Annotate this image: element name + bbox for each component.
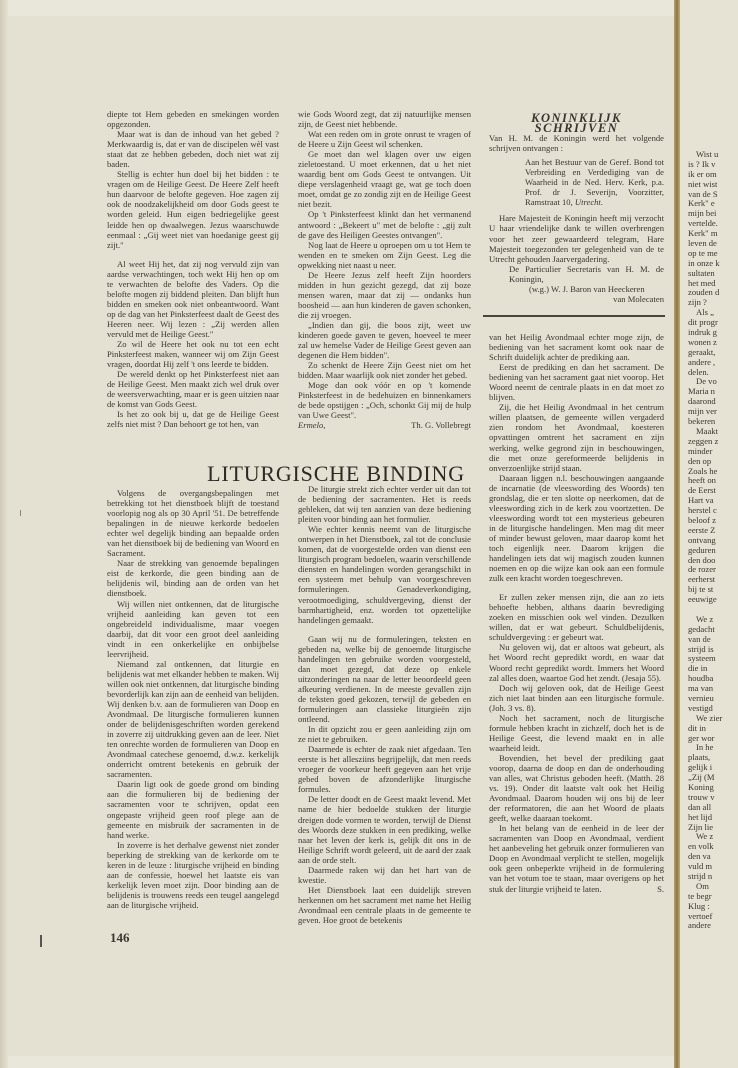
paragraph: Nu geloven wij, dat er altoos wat gebeur… — [489, 642, 664, 682]
royal-letter-address: Aan het Bestuur van de Geref. Bond tot V… — [525, 157, 664, 207]
paragraph: Doch wij geloven ook, dat de Heilige Gee… — [489, 683, 664, 713]
paragraph: Gaan wij nu de formuleringen, teksten en… — [298, 634, 471, 724]
paragraph: Nog laat de Heere u oproepen om u tot He… — [298, 240, 471, 270]
paragraph: Het Dienstboek laat een duidelijk streve… — [298, 885, 471, 925]
signoff-place: Ermelo, — [298, 420, 325, 430]
margin-mark — [40, 935, 42, 947]
paragraph: Is het zo ook bij u, dat ge de Heilige G… — [107, 409, 279, 429]
paragraph: Wij willen niet ontkennen, dat de liturg… — [107, 599, 279, 659]
paragraph: In zoverre is het derhalve gewenst niet … — [107, 840, 279, 910]
paragraph: Moge dan ook vóór en op 't komende Pinks… — [298, 380, 471, 420]
next-page-line: eeuwige — [688, 595, 722, 605]
royal-letter-heading: KONINKLIJK SCHRIJVEN — [489, 113, 664, 133]
paragraph: Wie echter kennis neemt van de liturgisc… — [298, 524, 471, 624]
paragraph: Zo schenkt de Heere Zijn Geest niet om h… — [298, 360, 471, 380]
paragraph: Daarmede raken wij dan het hart van de k… — [298, 865, 471, 885]
paragraph: Wat een reden om in grote onrust te vrag… — [298, 129, 471, 149]
column-2-bottom: De liturgie strekt zich echter verder ui… — [298, 484, 471, 925]
page-left-edge — [0, 0, 8, 1068]
paragraph: Naar de strekking van genoemde bepalinge… — [107, 558, 279, 598]
paragraph: Volgens de overgangsbepalingen met betre… — [107, 488, 279, 558]
column-1-bottom: Volgens de overgangsbepalingen met betre… — [107, 488, 279, 910]
royal-letter-intro: Van H. M. de Koningin werd het volgende … — [489, 133, 664, 153]
paragraph: In het belang van de eenheid in de leer … — [489, 823, 664, 893]
paragraph: Daarmede is echter de zaak niet afgedaan… — [298, 744, 471, 794]
paragraph: De liturgie strekt zich echter verder ui… — [298, 484, 471, 524]
column-2-top: wie Gods Woord zegt, dat zij natuurlijke… — [298, 109, 471, 431]
royal-letter: KONINKLIJK SCHRIJVEN Van H. M. de Koning… — [489, 113, 664, 304]
paragraph: Zo wil de Heere het ook nu tot een echt … — [107, 339, 279, 369]
column-3-body: van het Heilig Avondmaal echter moge zij… — [489, 332, 664, 894]
next-page-text: Wist uis ? Ik vik er omniet wistvan de S… — [688, 150, 722, 931]
paragraph: van het Heilig Avondmaal echter moge zij… — [489, 332, 664, 362]
paragraph: De letter doodt en de Geest maakt levend… — [298, 794, 471, 864]
address-city: Utrecht. — [575, 197, 603, 207]
paragraph: Niemand zal ontkennen, dat liturgie en b… — [107, 659, 279, 780]
royal-letter-sign-name-2: van Molecaten — [489, 294, 664, 304]
paragraph: Bovendien, het bevel der prediking gaat … — [489, 753, 664, 823]
section-divider — [483, 315, 665, 317]
paragraph: wie Gods Woord zegt, dat zij natuurlijke… — [298, 109, 471, 129]
paragraph: In dit opzicht zou er geen aanleiding zi… — [298, 724, 471, 744]
paragraph: Daaraan liggen n.l. beschouwingen aangaa… — [489, 473, 664, 584]
paragraph: Stellig is echter hun doel bij het bidde… — [107, 169, 279, 249]
next-page: Wist uis ? Ik vik er omniet wistvan de S… — [680, 0, 738, 1068]
column-1-top: diepte tot Hem gebeden en smekingen word… — [107, 109, 279, 429]
paragraph: Daarin ligt ook de goede grond om bindin… — [107, 779, 279, 839]
paragraph: Er zullen zeker mensen zijn, die aan zo … — [489, 592, 664, 642]
paragraph: diepte tot Hem gebeden en smekingen word… — [107, 109, 279, 129]
paragraph: Ge moet dan wel klagen over uw eigen zie… — [298, 149, 471, 209]
paragraph: Noch het sacrament, noch de liturgische … — [489, 713, 664, 753]
paragraph: Al weet Hij het, dat zij nog vervuld zij… — [107, 259, 279, 339]
next-page-line: andere — [688, 921, 722, 931]
margin-tick — [20, 510, 21, 516]
paragraph: De wereld denkt op het Pinksterfeest nie… — [107, 369, 279, 409]
paragraph: De Heere Jezus zelf heeft Zijn hoorders … — [298, 270, 471, 320]
paragraph: Zij, die het Heilig Avondmaal in het cen… — [489, 402, 664, 472]
paragraph: Op 't Pinksterfeest klinkt dan het verma… — [298, 209, 471, 239]
paragraph: Maar wat is dan de inhoud van het gebed … — [107, 129, 279, 169]
author-signoff: Ermelo,Th. G. Vollebregt — [298, 420, 471, 430]
paragraph: Eerst de prediking en dan het sacrament.… — [489, 362, 664, 402]
page-number: 146 — [110, 930, 130, 946]
royal-letter-sign-name: (w.g.) W. J. Baron van Heeckeren — [529, 284, 664, 294]
paragraph: „Indien dan gij, die boos zijt, weet uw … — [298, 320, 471, 360]
signoff-author: Th. G. Vollebregt — [411, 420, 471, 430]
royal-letter-sign-title: De Particulier Secretaris van H. M. de K… — [509, 264, 664, 284]
royal-letter-body: Hare Majesteit de Koningin heeft mij ver… — [489, 213, 664, 263]
